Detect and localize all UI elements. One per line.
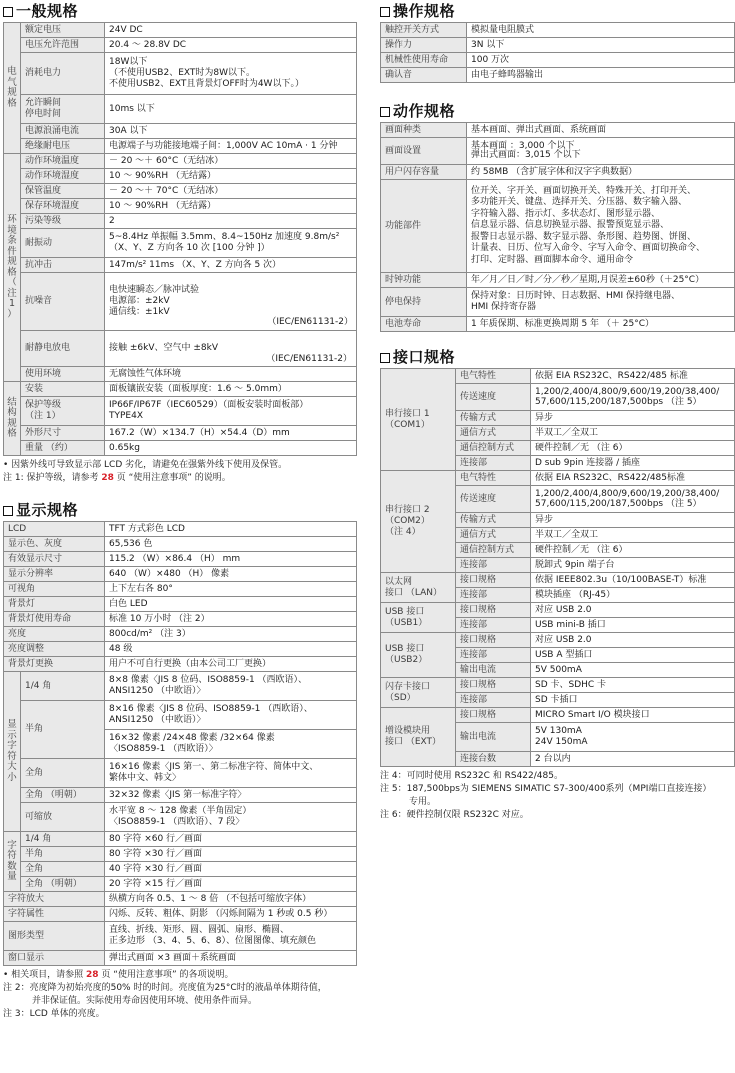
esd-value-text: 接触 ±6kV、空气中 ±8kV — [109, 343, 218, 353]
row-label: 确认音 — [381, 68, 467, 83]
general-spec-table: 电 气 规 格 额定电压 24V DC 电压允许范围 20.4 ～ 28.8V … — [3, 22, 357, 456]
row-label: 亮度 — [4, 627, 105, 642]
general-notes: • 因紫外线可导致显示部 LCD 劣化，请避免在强紫外线下使用及保管。 注 1:… — [3, 459, 357, 485]
section-title-display: 显示规格 — [3, 499, 357, 521]
row-value: 电快速瞬态／脉冲试验 电源部：±2kV 通信线：±1kV （IEC/EN6113… — [105, 273, 357, 331]
noise-value-text: 电快速瞬态／脉冲试验 电源部：±2kV 通信线：±1kV — [109, 285, 199, 317]
row-label: 全角 （明朝） — [21, 788, 105, 803]
row-label: 亮度调整 — [4, 642, 105, 657]
row-label: 接口规格 — [456, 708, 531, 723]
row-label: 安装 — [21, 382, 105, 397]
section-title-interface: 接口规格 — [380, 346, 735, 368]
row-label: 动作环境湿度 — [21, 169, 105, 184]
row-value: 5V 130mA 24V 150mA — [531, 723, 735, 752]
row-value: 115.2 （W）×86.4 （H） mm — [105, 552, 357, 567]
row-label: 可缩放 — [21, 803, 105, 832]
row-value: 2 台以内 — [531, 752, 735, 767]
row-value: 纵横方向各 0.5、1 ～ 8 倍 （不包括可缩放字体） — [105, 892, 357, 907]
row-label: 输出电流 — [456, 663, 531, 678]
row-label: 1/4 角 — [21, 672, 105, 701]
row-value: 水平宽 8 ～ 128 像素（半角固定） 〈ISO8859-1 （西欧语）、7 … — [105, 803, 357, 832]
group-sd: 闪存卡接口 （SD） — [381, 678, 456, 708]
row-value: 20 字符 ×15 行／画面 — [105, 877, 357, 892]
note-uv: • 因紫外线可导致显示部 LCD 劣化，请避免在强紫外线下使用及保管。 — [3, 459, 357, 472]
row-label: 传送速度 — [456, 486, 531, 513]
row-label: 抗噪音 — [21, 273, 105, 331]
row-value: 无腐蚀性气体环境 — [105, 367, 357, 382]
row-label: 连接部 — [456, 588, 531, 603]
row-label: 连接部 — [456, 456, 531, 471]
group-com1: 串行接口 1 （COM1） — [381, 369, 456, 471]
row-value: 640 （W）×480 （H） 像素 — [105, 567, 357, 582]
left-column: 一般规格 电 气 规 格 额定电压 24V DC 电压允许范围 20.4 ～ 2… — [3, 0, 357, 1021]
display-notes: • 相关项目，请参照 28 页 “使用注意事项” 的各项说明。 注 2：亮度降为… — [3, 969, 357, 1021]
row-value: 弹出式画面 ×3 画面＋系统画面 — [105, 951, 357, 966]
row-value: TFT 方式彩色 LCD — [105, 522, 357, 537]
checkbox-square-icon — [3, 7, 13, 17]
row-label: 动作环境温度 — [21, 154, 105, 169]
row-label: 传输方式 — [456, 411, 531, 426]
row-value: 20.4 ～ 28.8V DC — [105, 38, 357, 53]
row-label: 全角 — [21, 862, 105, 877]
operation-spec-table: 触控开关方式模拟量电阻膜式 操作力3N 以下 机械性使用寿命100 万次 确认音… — [380, 22, 735, 83]
row-value: SD 卡、SDHC 卡 — [531, 678, 735, 693]
row-value: SD 卡插口 — [531, 693, 735, 708]
group-usb1: USB 接口 （USB1） — [381, 603, 456, 633]
interface-spec-table: 串行接口 1 （COM1） 电气特性 依据 EIA RS232C、RS422/4… — [380, 368, 735, 767]
row-value: MICRO Smart I/O 模块接口 — [531, 708, 735, 723]
row-label: 可视角 — [4, 582, 105, 597]
row-value: IP66F/IP67F（IEC60529）（面板安装时面板部） TYPE4X — [105, 397, 357, 426]
row-value: 8×8 像素〈JIS 8 位码、ISO8859-1 （西欧语）、 ANSI125… — [105, 672, 357, 701]
row-value: 由电子蜂鸣器输出 — [467, 68, 735, 83]
row-label: 通信控制方式 — [456, 543, 531, 558]
section-title-text: 显示规格 — [16, 500, 78, 520]
group-environment: 环 境 条 件 规 格 （ 注 1 ） — [4, 154, 21, 382]
row-value: 167.2（W）×134.7（H）×54.4（D）mm — [105, 426, 357, 441]
checkbox-square-icon — [3, 506, 13, 516]
row-label: 抗冲击 — [21, 258, 105, 273]
group-lan: 以太网 接口 （LAN） — [381, 573, 456, 603]
row-label: 窗口显示 — [4, 951, 105, 966]
note-related: • 相关项目，请参照 28 页 “使用注意事项” 的各项说明。 — [3, 969, 357, 982]
note-4: 注 4：可同时使用 RS232C 和 RS422/485。 — [380, 770, 735, 783]
row-value: 40 字符 ×30 行／画面 — [105, 862, 357, 877]
row-label: LCD — [4, 522, 105, 537]
row-label: 保护等级 （注 1） — [21, 397, 105, 426]
row-label: 背景灯 — [4, 597, 105, 612]
row-label: 消耗电力 — [21, 53, 105, 95]
row-label: 允许瞬间 停电时间 — [21, 95, 105, 124]
row-label: 保管温度 — [21, 184, 105, 199]
note-6: 注 6：硬件控制仅限 RS232C 对应。 — [380, 809, 735, 822]
checkbox-square-icon — [380, 7, 390, 17]
row-value: 对应 USB 2.0 — [531, 603, 735, 618]
row-value: 对应 USB 2.0 — [531, 633, 735, 648]
row-value: 依据 IEEE802.3u（10/100BASE-T）标准 — [531, 573, 735, 588]
row-label: 显示色、灰度 — [4, 537, 105, 552]
page-link[interactable]: 28 — [101, 473, 114, 483]
row-value: 基本画面、弹出式画面、系统画面 — [467, 123, 735, 138]
note-text: 注 1: 保护等级，请参考 — [3, 473, 101, 483]
row-value: 3N 以下 — [467, 38, 735, 53]
row-value: 2 — [105, 214, 357, 229]
function-spec-table: 画面种类基本画面、弹出式画面、系统画面 画面设置基本画面 ：3,000 个以下 … — [380, 122, 735, 332]
row-label: 停电保持 — [381, 288, 467, 317]
standard-note: （IEC/EN61131-2） — [266, 354, 352, 365]
row-value: 电源端子与功能接地端子间：1,000V AC 10mA · 1 分钟 — [105, 139, 357, 154]
row-label: 1/4 角 — [21, 832, 105, 847]
row-value: 模块插座 （RJ-45） — [531, 588, 735, 603]
checkbox-square-icon — [380, 353, 390, 363]
group-structure: 结 构 规 格 — [4, 382, 21, 456]
row-label: 操作力 — [381, 38, 467, 53]
row-value: 8×16 像素〈JIS 8 位码、ISO8859-1 （西欧语）、 ANSI12… — [105, 701, 357, 730]
section-title-text: 操作规格 — [393, 1, 455, 21]
row-value: 上下左右各 80° — [105, 582, 357, 597]
row-label: 绝缘耐电压 — [21, 139, 105, 154]
row-value: 1 年质保期、标准更换周期 5 年 （＋ 25°C） — [467, 317, 735, 332]
row-value: 1,200/2,400/4,800/9,600/19,200/38,400/ 5… — [531, 486, 735, 513]
row-value: 10ms 以下 — [105, 95, 357, 124]
row-value: 保持对象：日历时钟、日志数据、HMI 保持继电器、 HMI 保持寄存器 — [467, 288, 735, 317]
row-value: 147m/s² 11ms （X、Y、Z 方向各 5 次） — [105, 258, 357, 273]
row-value: 依据 EIA RS232C、RS422/485标准 — [531, 471, 735, 486]
row-value: － 20 ～＋ 60°C（无结冰） — [105, 154, 357, 169]
right-column: 操作规格 触控开关方式模拟量电阻膜式 操作力3N 以下 机械性使用寿命100 万… — [380, 0, 735, 822]
group-char-size: 显 示 字 符 大 小 — [4, 672, 21, 832]
row-label: 保存环境湿度 — [21, 199, 105, 214]
row-value: 5~8.4Hz 单振幅 3.5mm、8.4~150Hz 加速度 9.8m/s² … — [105, 229, 357, 258]
section-title-text: 接口规格 — [393, 347, 455, 367]
row-value: 16×16 像素〈JIS 第一、第二标准字符、简体中文、 繁体中文、韩文〉 — [105, 759, 357, 788]
row-label: 画面种类 — [381, 123, 467, 138]
row-label: 背景灯使用寿命 — [4, 612, 105, 627]
row-label: 连接部 — [456, 618, 531, 633]
note-3: 注 3：LCD 单体的亮度。 — [3, 1008, 357, 1021]
row-label: 外形尺寸 — [21, 426, 105, 441]
row-label: 耐振动 — [21, 229, 105, 258]
row-value: USB mini-B 插口 — [531, 618, 735, 633]
row-value: 白色 LED — [105, 597, 357, 612]
row-label: 电源浪涌电流 — [21, 124, 105, 139]
row-label: 触控开关方式 — [381, 23, 467, 38]
row-label: 输出电流 — [456, 723, 531, 752]
row-value: 位开关、字开关、画面切换开关、特殊开关、打印开关、 多功能开关、键盘、选择开关、… — [467, 180, 735, 273]
section-title-general: 一般规格 — [3, 0, 357, 22]
group-usb2: USB 接口 （USB2） — [381, 633, 456, 678]
row-value: 32×32 像素〈JIS 第一标准字符〉 — [105, 788, 357, 803]
row-label: 显示分辨率 — [4, 567, 105, 582]
note-text: 页 “使用注意事项” 的说明。 — [114, 473, 231, 483]
note-text: 页 “使用注意事项” 的各项说明。 — [99, 970, 234, 980]
row-value: 用户不可自行更换（由本公司工厂更换） — [105, 657, 357, 672]
section-title-text: 一般规格 — [16, 1, 78, 21]
row-label: 通信方式 — [456, 528, 531, 543]
row-label: 全角 （明朝） — [21, 877, 105, 892]
row-value: 16×32 像素 /24×48 像素 /32×64 像素 〈ISO8859-1 … — [105, 730, 357, 759]
row-value: － 20 ～＋ 70°C（无结冰） — [105, 184, 357, 199]
row-value: 48 级 — [105, 642, 357, 657]
row-label: 接口规格 — [456, 573, 531, 588]
group-electrical: 电 气 规 格 — [4, 23, 21, 154]
row-label: 电气特性 — [456, 471, 531, 486]
row-label: 重量 （约） — [21, 441, 105, 456]
row-label: 用户闪存容量 — [381, 165, 467, 180]
section-title-operation: 操作规格 — [380, 0, 735, 22]
row-label: 耐静电放电 — [21, 331, 105, 367]
note-2: 注 2：亮度降为初始亮度的50% 时的时间。亮度值为25°C时的液晶单体期待值，… — [3, 982, 357, 1008]
row-label: 时钟功能 — [381, 273, 467, 288]
row-label: 图形类型 — [4, 922, 105, 951]
row-value: 年／月／日／时／分／秒／星期,月误差±60秒（＋25°C） — [467, 273, 735, 288]
row-value: 依据 EIA RS232C、RS422/485 标准 — [531, 369, 735, 384]
row-label: 背景灯更换 — [4, 657, 105, 672]
row-label: 连接部 — [456, 648, 531, 663]
row-label: 额定电压 — [21, 23, 105, 38]
row-label: 连接部 — [456, 558, 531, 573]
row-value: 模拟量电阻膜式 — [467, 23, 735, 38]
row-value: 18W以下 （不使用USB2、EXT时为8W以下。 不使用USB2、EXT且背景… — [105, 53, 357, 95]
row-label: 接口规格 — [456, 633, 531, 648]
row-label: 接口规格 — [456, 678, 531, 693]
row-value: 硬件控制／无 （注 6） — [531, 441, 735, 456]
row-value: 1,200/2,400/4,800/9,600/19,200/38,400/ 5… — [531, 384, 735, 411]
row-label: 电池寿命 — [381, 317, 467, 332]
group-com2: 串行接口 2 （COM2） （注 4） — [381, 471, 456, 573]
row-value: 半双工／全双工 — [531, 426, 735, 441]
row-label: 使用环境 — [21, 367, 105, 382]
row-value: USB A 型插口 — [531, 648, 735, 663]
row-label: 通信方式 — [456, 426, 531, 441]
row-value: 半双工／全双工 — [531, 528, 735, 543]
row-label: 有效显示尺寸 — [4, 552, 105, 567]
row-label: 字符放大 — [4, 892, 105, 907]
row-value: 100 万次 — [467, 53, 735, 68]
row-label: 画面设置 — [381, 138, 467, 165]
row-value: 异步 — [531, 411, 735, 426]
row-label: 电压允许范围 — [21, 38, 105, 53]
row-value: 0.65kg — [105, 441, 357, 456]
row-value: D sub 9pin 连接器 / 插座 — [531, 456, 735, 471]
page-link[interactable]: 28 — [86, 970, 99, 980]
row-label: 连接台数 — [456, 752, 531, 767]
row-label: 接口规格 — [456, 603, 531, 618]
row-label: 通信控制方式 — [456, 441, 531, 456]
row-value: 80 字符 ×60 行／画面 — [105, 832, 357, 847]
row-value: 10 ～ 90%RH （无结露） — [105, 199, 357, 214]
row-value: 闪烁、反转、粗体、阴影 （闪烁间隔为 1 秒或 0.5 秒） — [105, 907, 357, 922]
row-value: 面板镶嵌安装（面板厚度：1.6 ～ 5.0mm） — [105, 382, 357, 397]
row-value: 5V 500mA — [531, 663, 735, 678]
note-1: 注 1: 保护等级，请参考 28 页 “使用注意事项” 的说明。 — [3, 472, 357, 485]
row-value: 约 58MB （含扩展字体和汉字字典数据） — [467, 165, 735, 180]
row-label: 连接部 — [456, 693, 531, 708]
section-title-text: 动作规格 — [393, 101, 455, 121]
row-label: 字符属性 — [4, 907, 105, 922]
row-value: 硬件控制／无 （注 6） — [531, 543, 735, 558]
standard-note: （IEC/EN61131-2） — [267, 317, 353, 328]
interface-notes: 注 4：可同时使用 RS232C 和 RS422/485。 注 5：187,50… — [380, 770, 735, 822]
note-5: 注 5：187,500bps为 SIEMENS SIMATIC S7-300/4… — [380, 783, 735, 809]
row-value: 65,536 色 — [105, 537, 357, 552]
row-label: 电气特性 — [456, 369, 531, 384]
group-char-count: 字 符 数 量 — [4, 832, 21, 892]
row-value: 接触 ±6kV、空气中 ±8kV （IEC/EN61131-2） — [105, 331, 357, 367]
row-value: 基本画面 ：3,000 个以下 弹出式画面：3,015 个以下 — [467, 138, 735, 165]
row-value: 24V DC — [105, 23, 357, 38]
note-text: • 相关项目，请参照 — [3, 970, 86, 980]
row-value: 800cd/m² （注 3） — [105, 627, 357, 642]
row-value: 30A 以下 — [105, 124, 357, 139]
row-label: 传送速度 — [456, 384, 531, 411]
row-value: 直线、折线、矩形、圆、圆弧、扇形、椭圆、 正多边形 （3、4、5、6、8）、位图… — [105, 922, 357, 951]
group-ext: 增设模块用 接口 （EXT） — [381, 708, 456, 767]
row-label: 机械性使用寿命 — [381, 53, 467, 68]
display-spec-table: LCDTFT 方式彩色 LCD 显示色、灰度65,536 色 有效显示尺寸115… — [3, 521, 357, 966]
row-label: 半角 — [21, 701, 105, 759]
row-value: 80 字符 ×30 行／画面 — [105, 847, 357, 862]
section-title-function: 动作规格 — [380, 100, 735, 122]
row-label: 功能部件 — [381, 180, 467, 273]
row-value: 标准 10 万小时 （注 2） — [105, 612, 357, 627]
row-value: 脱卸式 9pin 端子台 — [531, 558, 735, 573]
row-label: 传输方式 — [456, 513, 531, 528]
row-value: 10 ～ 90%RH （无结露） — [105, 169, 357, 184]
row-label: 全角 — [21, 759, 105, 788]
row-label: 污染等级 — [21, 214, 105, 229]
row-value: 异步 — [531, 513, 735, 528]
row-label: 半角 — [21, 847, 105, 862]
checkbox-square-icon — [380, 107, 390, 117]
